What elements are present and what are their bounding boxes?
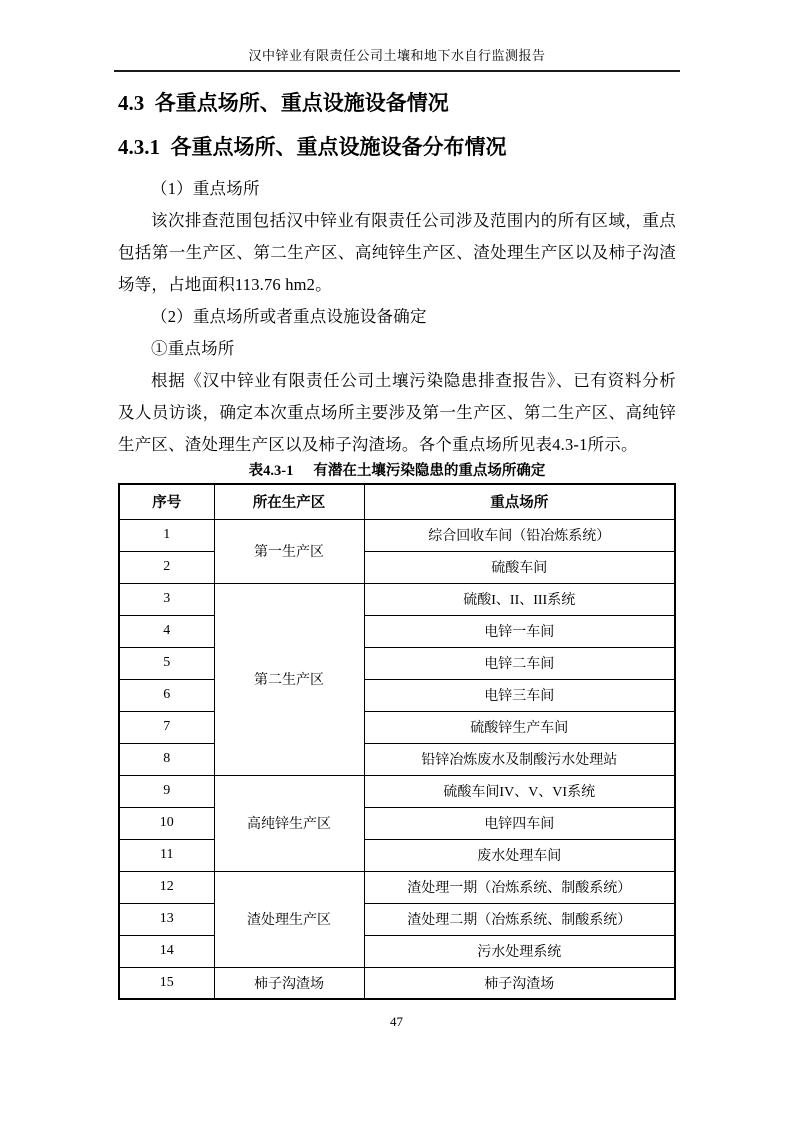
column-header-key-site: 重点场所: [364, 484, 675, 519]
table-row: 6电锌三车间: [119, 679, 675, 711]
subsection-heading: 4.3.1 各重点场所、重点设施设备分布情况: [118, 134, 676, 160]
cell-production-area: 第二生产区: [214, 583, 364, 775]
cell-serial-number: 9: [119, 775, 214, 807]
page-number: 47: [0, 1014, 793, 1030]
table-row: 9高纯锌生产区硫酸车间IV、V、VI系统: [119, 775, 675, 807]
cell-serial-number: 5: [119, 647, 214, 679]
cell-serial-number: 11: [119, 839, 214, 871]
cell-production-area: 第一生产区: [214, 519, 364, 583]
paragraph-determination-detail: 根据《汉中锌业有限责任公司土壤污染隐患排查报告》、已有资料分析及人员访谈，确定本…: [118, 365, 676, 461]
header-title: 汉中锌业有限责任公司土壤和地下水自行监测报告: [114, 48, 680, 64]
cell-key-site: 废水处理车间: [364, 839, 675, 871]
table-row: 4电锌一车间: [119, 615, 675, 647]
paragraph-key-sites-label: （1）重点场所: [118, 173, 676, 205]
cell-serial-number: 8: [119, 743, 214, 775]
cell-key-site: 渣处理二期（冶炼系统、制酸系统）: [364, 903, 675, 935]
paragraph-survey-scope: 该次排查范围包括汉中锌业有限责任公司涉及范围内的所有区域，重点包括第一生产区、第…: [118, 205, 676, 301]
column-header-serial-number: 序号: [119, 484, 214, 519]
cell-serial-number: 1: [119, 519, 214, 551]
cell-key-site: 电锌四车间: [364, 807, 675, 839]
paragraph-key-sites-sublabel: ①重点场所: [118, 333, 676, 365]
cell-key-site: 电锌一车间: [364, 615, 675, 647]
table-row: 2硫酸车间: [119, 551, 675, 583]
cell-key-site: 硫酸车间: [364, 551, 675, 583]
cell-production-area: 柿子沟渣场: [214, 967, 364, 999]
table-row: 3第二生产区硫酸I、II、III系统: [119, 583, 675, 615]
table-caption-number: 表4.3-1: [249, 463, 294, 479]
cell-key-site: 硫酸I、II、III系统: [364, 583, 675, 615]
cell-production-area: 高纯锌生产区: [214, 775, 364, 871]
cell-serial-number: 6: [119, 679, 214, 711]
document-page: 汉中锌业有限责任公司土壤和地下水自行监测报告 4.3 各重点场所、重点设施设备情…: [0, 0, 793, 1122]
cell-key-site: 硫酸锌生产车间: [364, 711, 675, 743]
table-header-row: 序号 所在生产区 重点场所: [119, 484, 675, 519]
cell-key-site: 综合回收车间（铅冶炼系统）: [364, 519, 675, 551]
cell-production-area: 渣处理生产区: [214, 871, 364, 967]
cell-serial-number: 3: [119, 583, 214, 615]
cell-serial-number: 10: [119, 807, 214, 839]
cell-key-site: 硫酸车间IV、V、VI系统: [364, 775, 675, 807]
table-row: 1第一生产区综合回收车间（铅冶炼系统）: [119, 519, 675, 551]
cell-key-site: 电锌二车间: [364, 647, 675, 679]
cell-key-site: 柿子沟渣场: [364, 967, 675, 999]
table-row: 7硫酸锌生产车间: [119, 711, 675, 743]
column-header-production-area: 所在生产区: [214, 484, 364, 519]
cell-key-site: 污水处理系统: [364, 935, 675, 967]
cell-serial-number: 2: [119, 551, 214, 583]
table-row: 15柿子沟渣场柿子沟渣场: [119, 967, 675, 999]
paragraph-determination-label: （2）重点场所或者重点设施设备确定: [118, 301, 676, 333]
cell-key-site: 电锌三车间: [364, 679, 675, 711]
cell-serial-number: 12: [119, 871, 214, 903]
cell-serial-number: 7: [119, 711, 214, 743]
table-row: 12渣处理生产区渣处理一期（冶炼系统、制酸系统）: [119, 871, 675, 903]
table-row: 11废水处理车间: [119, 839, 675, 871]
cell-serial-number: 14: [119, 935, 214, 967]
section-heading: 4.3 各重点场所、重点设施设备情况: [118, 90, 676, 116]
table-row: 8铅锌冶炼废水及制酸污水处理站: [119, 743, 675, 775]
cell-key-site: 渣处理一期（冶炼系统、制酸系统）: [364, 871, 675, 903]
cell-serial-number: 13: [119, 903, 214, 935]
table-row: 10电锌四车间: [119, 807, 675, 839]
cell-serial-number: 15: [119, 967, 214, 999]
table-caption-title: 有潜在土壤污染隐患的重点场所确定: [313, 463, 545, 479]
table-row: 13渣处理二期（冶炼系统、制酸系统）: [119, 903, 675, 935]
table-caption: 表4.3-1有潜在土壤污染隐患的重点场所确定: [118, 461, 676, 481]
key-sites-table: 序号 所在生产区 重点场所 1第一生产区综合回收车间（铅冶炼系统）2硫酸车间3第…: [118, 483, 676, 1000]
table-row: 5电锌二车间: [119, 647, 675, 679]
cell-serial-number: 4: [119, 615, 214, 647]
page-header: 汉中锌业有限责任公司土壤和地下水自行监测报告: [114, 48, 680, 72]
table-row: 14污水处理系统: [119, 935, 675, 967]
cell-key-site: 铅锌冶炼废水及制酸污水处理站: [364, 743, 675, 775]
